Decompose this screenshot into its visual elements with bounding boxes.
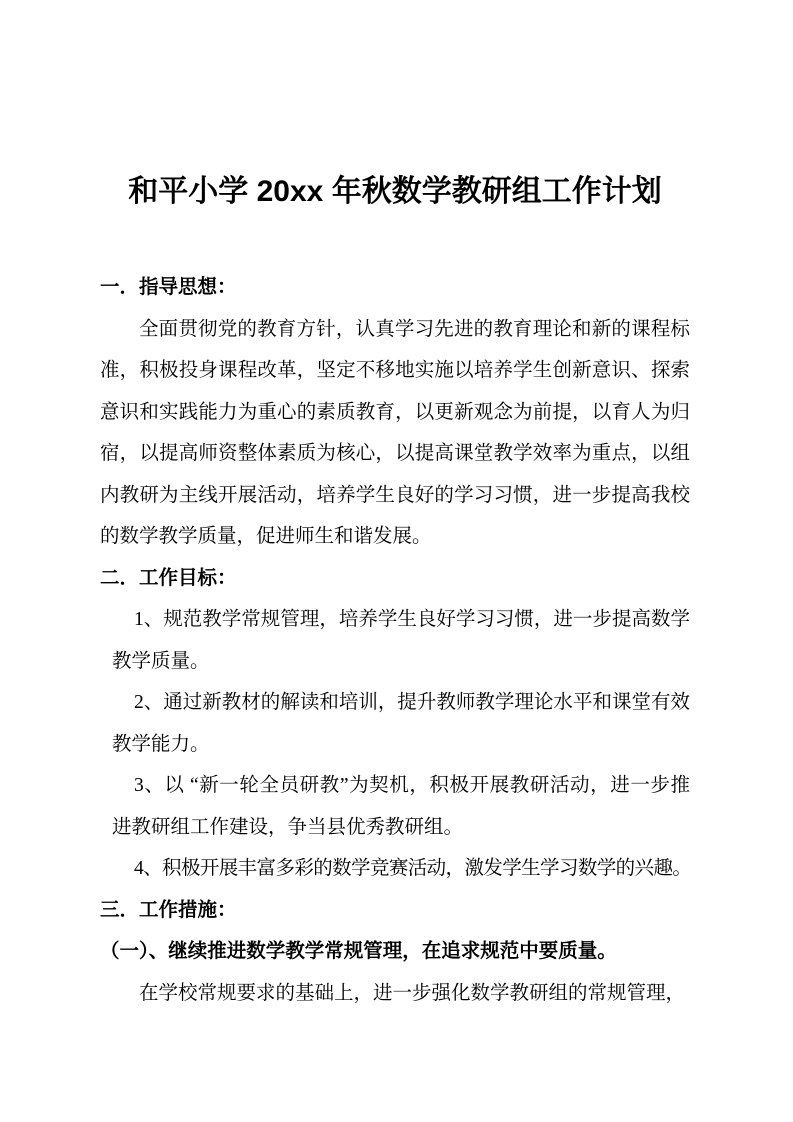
title-gap (100, 214, 690, 267)
document-title: 和平小学 20xx 年秋数学教研组工作计划 (100, 170, 690, 214)
document-page: 和平小学 20xx 年秋数学教研组工作计划 一．指导思想： 全面贯彻党的教育方针… (0, 0, 793, 1122)
guiding-ideology-paragraph: 全面贯彻党的教育方针，认真学习先进的教育理论和新的课程标准，积极投身课程改革，坚… (100, 309, 690, 558)
section-heading-guiding-ideology: 一．指导思想： (100, 267, 690, 309)
measure-1-subheading: （一）、继续推进数学教学常规管理，在追求规范中要质量。 (100, 931, 690, 973)
section-heading-work-goals: 二．工作目标： (100, 558, 690, 600)
work-goal-item-2: 2、通过新教材的解读和培训，提升教师教学理论水平和课堂有效教学能力。 (112, 682, 690, 765)
measure-1-paragraph: 在学校常规要求的基础上，进一步强化数学教研组的常规管理， (100, 973, 690, 1015)
work-goal-item-1: 1、规范教学常规管理，培养学生良好学习习惯，进一步提高数学教学质量。 (112, 599, 690, 682)
section-heading-work-measures: 三．工作措施： (100, 890, 690, 932)
work-goal-item-3: 3、以 “新一轮全员研教”为契机，积极开展教研活动，进一步推进教研组工作建设，争… (112, 765, 690, 848)
work-goal-item-4: 4、积极开展丰富多彩的数学竞赛活动，激发学生学习数学的兴趣。 (112, 848, 690, 890)
